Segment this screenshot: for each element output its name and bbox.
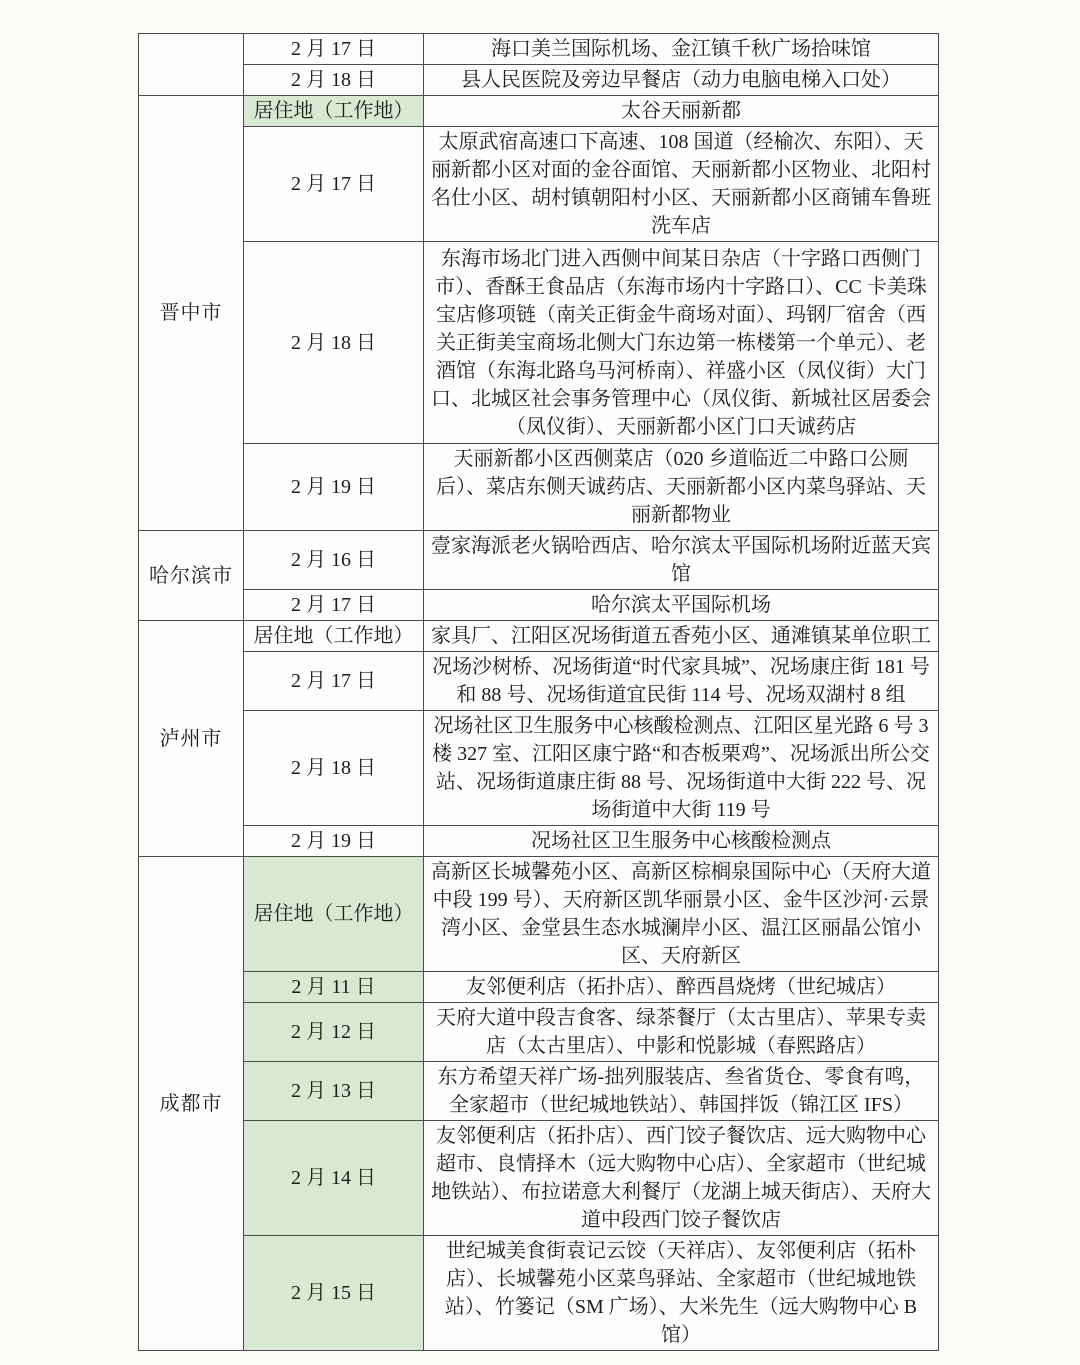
table-row: 2 月 17 日海口美兰国际机场、金江镇千秋广场拾味馆 [139,34,939,65]
locations-cell: 友邻便利店（拓扑店）、醉西昌烧烤（世纪城店） [424,972,939,1003]
locations-cell: 海口美兰国际机场、金江镇千秋广场拾味馆 [424,34,939,65]
locations-cell: 天府大道中段吉食客、绿茶餐厅（太古里店）、苹果专卖店（太古里店）、中影和悦影城（… [424,1003,939,1062]
table-row: 成都市居住地（工作地）高新区长城馨苑小区、高新区棕榈泉国际中心（天府大道中段 1… [139,857,939,972]
date-cell: 2 月 19 日 [244,444,424,531]
city-cell [139,34,244,96]
table-row: 2 月 19 日况场社区卫生服务中心核酸检测点 [139,826,939,857]
date-cell: 2 月 18 日 [244,65,424,96]
date-cell: 2 月 19 日 [244,826,424,857]
table-row: 2 月 18 日况场社区卫生服务中心核酸检测点、江阳区星光路 6 号 3 楼 3… [139,711,939,826]
locations-cell: 况场社区卫生服务中心核酸检测点、江阳区星光路 6 号 3 楼 327 室、江阳区… [424,711,939,826]
date-cell: 2 月 16 日 [244,531,424,590]
table-row: 哈尔滨市2 月 16 日壹家海派老火锅哈西店、哈尔滨太平国际机场附近蓝天宾馆 [139,531,939,590]
city-cell: 哈尔滨市 [139,531,244,621]
city-cell: 晋中市 [139,96,244,531]
locations-cell: 世纪城美食街袁记云饺（天祥店）、友邻便利店（拓朴店）、长城馨苑小区菜鸟驿站、全家… [424,1236,939,1351]
locations-cell: 东方希望天祥广场-拙列服装店、叁省货仓、零食有鸣，全家超市（世纪城地铁站）、韩国… [424,1062,939,1121]
date-cell: 2 月 17 日 [244,590,424,621]
locations-cell: 壹家海派老火锅哈西店、哈尔滨太平国际机场附近蓝天宾馆 [424,531,939,590]
date-cell: 2 月 17 日 [244,652,424,711]
table-row: 2 月 19 日天丽新都小区西侧菜店（020 乡道临近二中路口公厕后）、菜店东侧… [139,444,939,531]
table-row: 2 月 15 日世纪城美食街袁记云饺（天祥店）、友邻便利店（拓朴店）、长城馨苑小… [139,1236,939,1351]
itinerary-table-body: 2 月 17 日海口美兰国际机场、金江镇千秋广场拾味馆2 月 18 日县人民医院… [139,34,939,1351]
date-cell: 2 月 17 日 [244,34,424,65]
date-cell: 2 月 18 日 [244,242,424,444]
residence-label-cell: 居住地（工作地） [244,857,424,972]
locations-cell: 县人民医院及旁边早餐店（动力电脑电梯入口处） [424,65,939,96]
page: 2 月 17 日海口美兰国际机场、金江镇千秋广场拾味馆2 月 18 日县人民医院… [0,0,1080,1365]
table-row: 2 月 18 日东海市场北门进入西侧中间某日杂店（十字路口西侧门市）、香酥王食品… [139,242,939,444]
date-cell: 2 月 18 日 [244,711,424,826]
table-row: 2 月 13 日东方希望天祥广场-拙列服装店、叁省货仓、零食有鸣，全家超市（世纪… [139,1062,939,1121]
date-cell: 2 月 12 日 [244,1003,424,1062]
table-row: 2 月 11 日友邻便利店（拓扑店）、醉西昌烧烤（世纪城店） [139,972,939,1003]
locations-cell: 哈尔滨太平国际机场 [424,590,939,621]
locations-cell: 太谷天丽新都 [424,96,939,127]
table-row: 2 月 12 日天府大道中段吉食客、绿茶餐厅（太古里店）、苹果专卖店（太古里店）… [139,1003,939,1062]
table-row: 2 月 17 日太原武宿高速口下高速、108 国道（经榆次、东阳）、天丽新都小区… [139,127,939,242]
city-cell: 泸州市 [139,621,244,857]
locations-cell: 太原武宿高速口下高速、108 国道（经榆次、东阳）、天丽新都小区对面的金谷面馆、… [424,127,939,242]
locations-cell: 友邻便利店（拓扑店）、西门饺子餐饮店、远大购物中心超市、良情择木（远大购物中心店… [424,1121,939,1236]
table-row: 2 月 17 日哈尔滨太平国际机场 [139,590,939,621]
date-cell: 2 月 17 日 [244,127,424,242]
locations-cell: 况场社区卫生服务中心核酸检测点 [424,826,939,857]
table-row: 泸州市居住地（工作地）家具厂、江阳区况场街道五香苑小区、通滩镇某单位职工 [139,621,939,652]
date-cell: 2 月 15 日 [244,1236,424,1351]
city-cell: 成都市 [139,857,244,1351]
table-row: 2 月 14 日友邻便利店（拓扑店）、西门饺子餐饮店、远大购物中心超市、良情择木… [139,1121,939,1236]
locations-cell: 高新区长城馨苑小区、高新区棕榈泉国际中心（天府大道中段 199 号）、天府新区凯… [424,857,939,972]
locations-cell: 东海市场北门进入西侧中间某日杂店（十字路口西侧门市）、香酥王食品店（东海市场内十… [424,242,939,444]
locations-cell: 况场沙树桥、况场街道“时代家具城”、况场康庄街 181 号和 88 号、况场街道… [424,652,939,711]
date-cell: 2 月 11 日 [244,972,424,1003]
table-row: 晋中市居住地（工作地）太谷天丽新都 [139,96,939,127]
date-cell: 2 月 13 日 [244,1062,424,1121]
table-row: 2 月 18 日县人民医院及旁边早餐店（动力电脑电梯入口处） [139,65,939,96]
residence-label-cell: 居住地（工作地） [244,96,424,127]
itinerary-table: 2 月 17 日海口美兰国际机场、金江镇千秋广场拾味馆2 月 18 日县人民医院… [138,33,939,1351]
locations-cell: 家具厂、江阳区况场街道五香苑小区、通滩镇某单位职工 [424,621,939,652]
date-cell: 2 月 14 日 [244,1121,424,1236]
locations-cell: 天丽新都小区西侧菜店（020 乡道临近二中路口公厕后）、菜店东侧天诚药店、天丽新… [424,444,939,531]
table-row: 2 月 17 日况场沙树桥、况场街道“时代家具城”、况场康庄街 181 号和 8… [139,652,939,711]
residence-label-cell: 居住地（工作地） [244,621,424,652]
